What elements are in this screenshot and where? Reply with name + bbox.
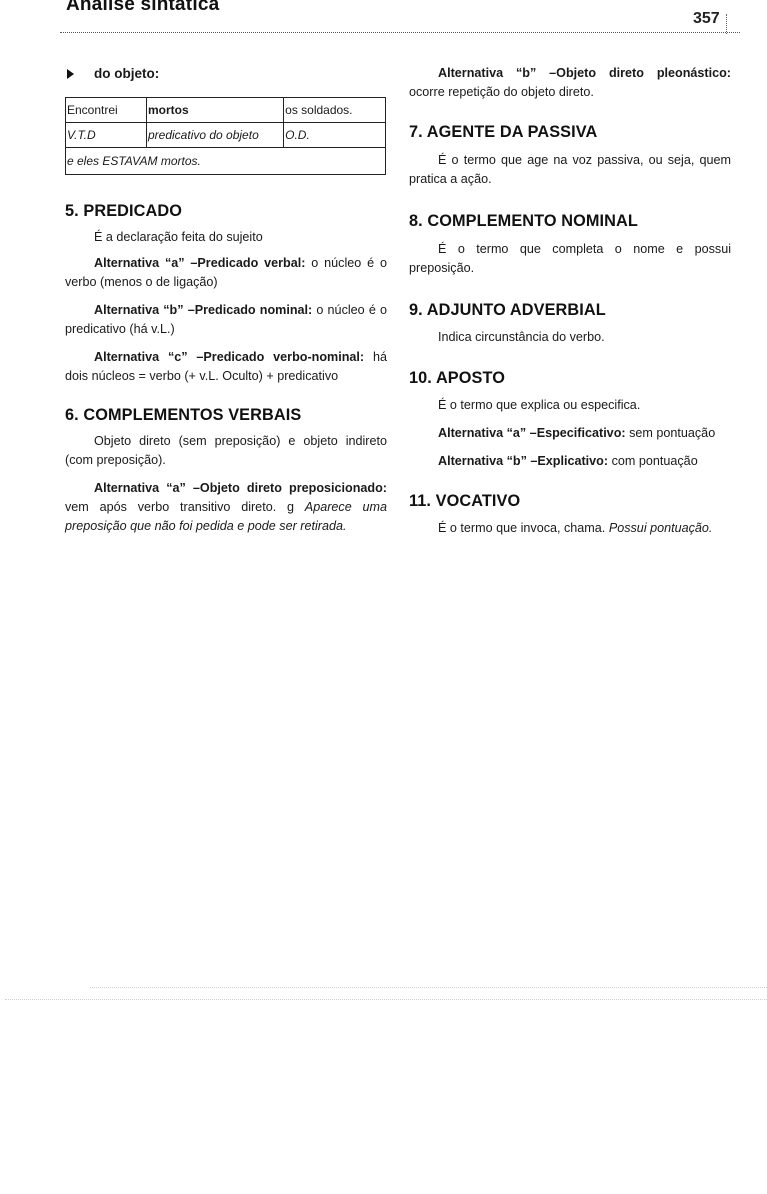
- section-title-agente-da-passiva: 7. AGENTE DA PASSIVA: [409, 123, 731, 142]
- paragraph-alt-c: Alternativa “c” –Predicado verbo-nominal…: [65, 348, 387, 386]
- table-cell: mortos: [147, 98, 284, 123]
- alt-label: Alternativa “a” –Especificativo:: [438, 426, 626, 440]
- alt-text: ocorre repetição do objeto direto.: [409, 85, 594, 99]
- paragraph: Indica circunstância do verbo.: [409, 328, 731, 347]
- paragraph-italic-text: Possui pontuação.: [609, 521, 713, 535]
- section-title-predicado: 5. PREDICADO: [65, 202, 387, 221]
- paragraph: É a declaração feita do sujeito: [65, 228, 387, 247]
- table-row: V.T.D predicativo do objeto O.D.: [66, 123, 386, 148]
- paragraph-alt-a: Alternativa “a” –Predicado verbal: o núc…: [65, 254, 387, 292]
- alt-label: Alternativa “c” –Predicado verbo-nominal…: [94, 350, 364, 364]
- paragraph: É o termo que explica ou especifica.: [409, 396, 731, 415]
- scan-artifact-line: [5, 999, 767, 1000]
- paragraph: Objeto direto (sem preposição) e objeto …: [65, 432, 387, 470]
- scan-artifact-line: [90, 987, 767, 988]
- bullet-heading-text: do objeto:: [94, 64, 159, 83]
- paragraph-alt-b: Alternativa “b” –Predicado nominal: o nú…: [65, 301, 387, 339]
- paragraph-alt-b: Alternativa “b” –Objeto direto pleonásti…: [409, 64, 731, 102]
- table-row: Encontrei mortos os soldados.: [66, 98, 386, 123]
- alt-label: Alternativa “a” –Objeto direto preposici…: [94, 481, 387, 495]
- table-cell: predicativo do objeto: [147, 123, 284, 148]
- header-rule: [60, 32, 740, 33]
- alt-text: com pontuação: [608, 454, 698, 468]
- section-title-aposto: 10. APOSTO: [409, 369, 731, 388]
- alt-label: Alternativa “a” –Predicado verbal:: [94, 256, 305, 270]
- table-row: e eles ESTAVAM mortos.: [66, 148, 386, 175]
- alt-text: sem pontuação: [626, 426, 716, 440]
- page-number: 357: [693, 10, 720, 28]
- table-cell: O.D.: [284, 123, 386, 148]
- table-cell: Encontrei: [66, 98, 147, 123]
- table-footer-cell: e eles ESTAVAM mortos.: [66, 148, 386, 175]
- bullet-heading: do objeto:: [65, 64, 387, 83]
- analysis-table-wrapper: Encontrei mortos os soldados. V.T.D pred…: [65, 97, 387, 175]
- section-title-complementos-verbais: 6. COMPLEMENTOS VERBAIS: [65, 406, 387, 425]
- table-cell: os soldados.: [284, 98, 386, 123]
- paragraph-alt-b: Alternativa “b” –Explicativo: com pontua…: [409, 452, 731, 471]
- paragraph: É o termo que age na voz passiva, ou sej…: [409, 151, 731, 189]
- paragraph-alt-a: Alternativa “a” –Especificativo: sem pon…: [409, 424, 731, 443]
- paragraph-alt-a: Alternativa “a” –Objeto direto preposici…: [65, 479, 387, 536]
- alt-label: Alternativa “b” –Objeto direto pleonásti…: [438, 66, 731, 80]
- page-number-rule: [726, 14, 727, 34]
- section-title-adjunto-adverbial: 9. ADJUNTO ADVERBIAL: [409, 301, 731, 320]
- paragraph: É o termo que invoca, chama. Possui pont…: [409, 519, 731, 538]
- section-title-complemento-nominal: 8. COMPLEMENTO NOMINAL: [409, 212, 731, 231]
- alt-text: vem após verbo transitivo direto. g: [65, 500, 305, 514]
- alt-label: Alternativa “b” –Predicado nominal:: [94, 303, 312, 317]
- paragraph: É o termo que completa o nome e possui p…: [409, 240, 731, 278]
- alt-label: Alternativa “b” –Explicativo:: [438, 454, 608, 468]
- section-title-vocativo: 11. VOCATIVO: [409, 492, 731, 511]
- running-header-title: Análise sintática: [66, 0, 219, 16]
- table-cell: V.T.D: [66, 123, 147, 148]
- triangle-bullet-icon: [67, 69, 74, 79]
- analysis-table: Encontrei mortos os soldados. V.T.D pred…: [65, 97, 386, 175]
- paragraph-text: É o termo que invoca, chama.: [438, 521, 609, 535]
